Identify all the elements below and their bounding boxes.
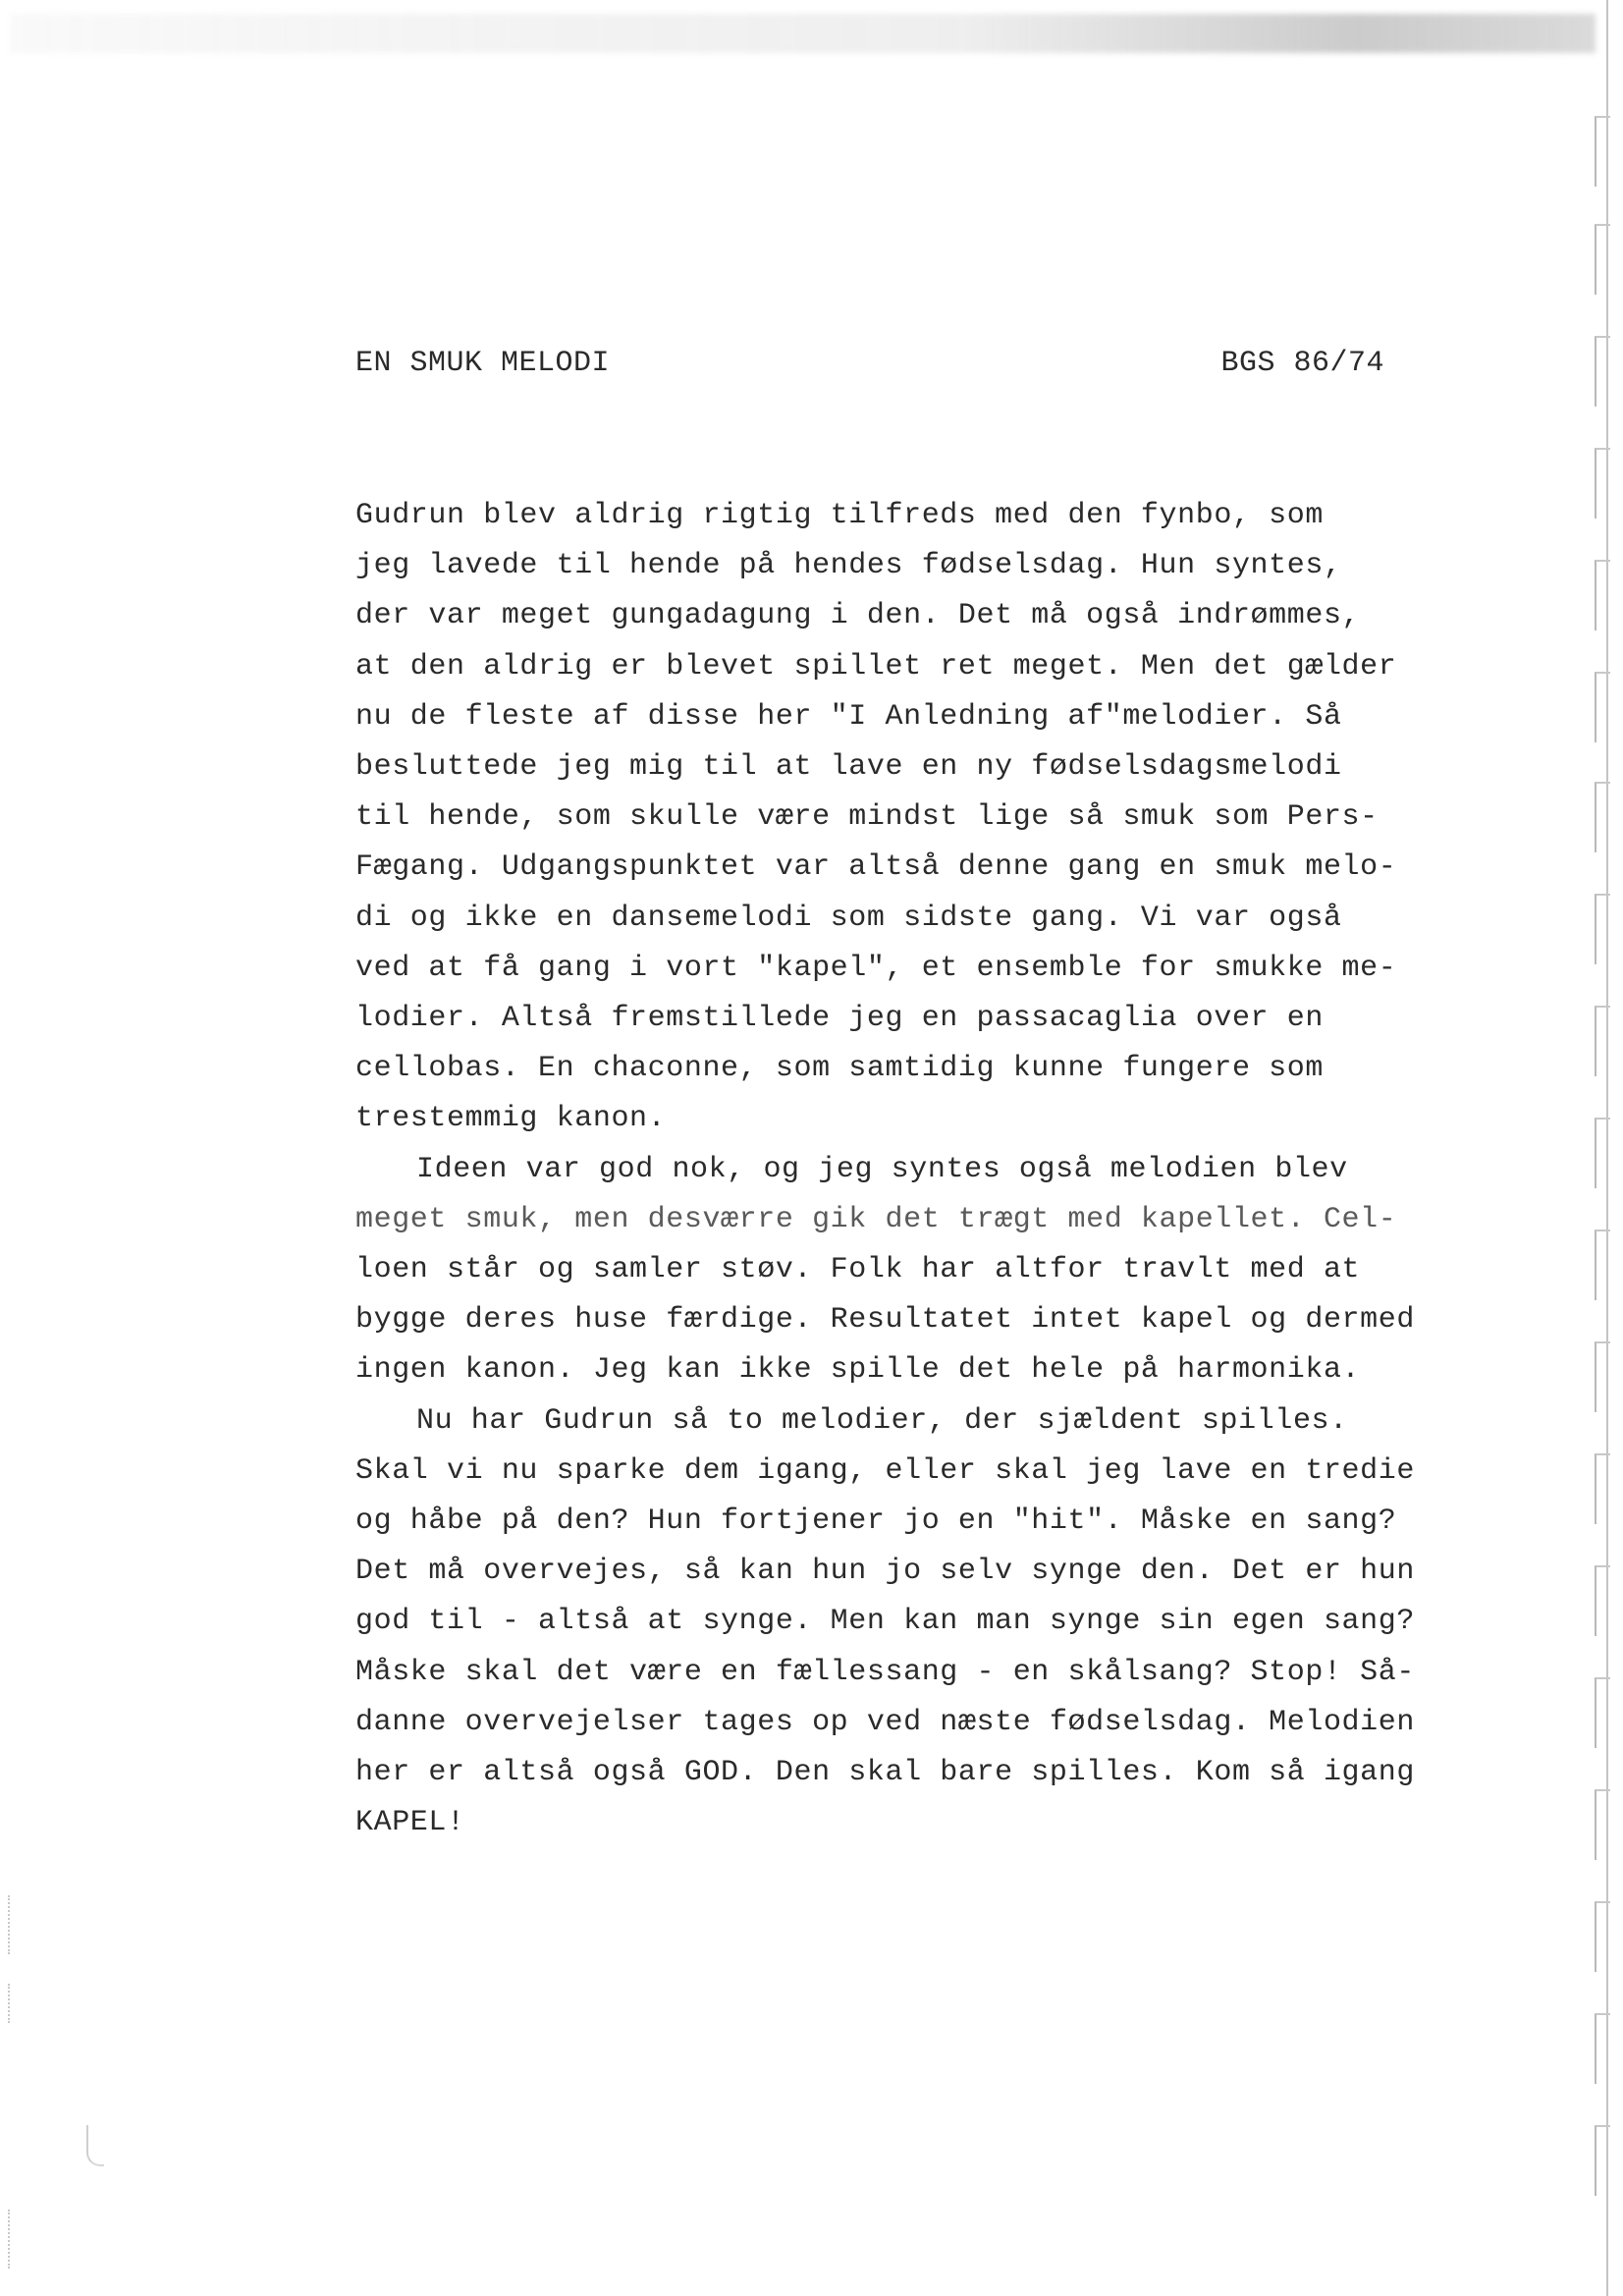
text-line: besluttede jeg mig til at lave en ny fød… <box>355 742 1534 793</box>
document-header: EN SMUK MELODI BGS 86/74 <box>355 346 1384 381</box>
text-line: Skal vi nu sparke dem igang, eller skal … <box>355 1447 1534 1497</box>
text-line: Gudrun blev aldrig rigtig tilfreds med d… <box>355 491 1534 541</box>
margin-bracket-mark <box>1595 1230 1610 1300</box>
paragraph: Nu har Gudrun så to melodier, der sjælde… <box>355 1396 1534 1849</box>
paragraph: Ideen var god nok, og jeg syntes også me… <box>355 1145 1534 1396</box>
document-page: EN SMUK MELODI BGS 86/74 Gudrun blev ald… <box>355 346 1534 1848</box>
text-line: nu de fleste af disse her "I Anledning a… <box>355 692 1534 742</box>
text-line: Nu har Gudrun så to melodier, der sjælde… <box>355 1396 1534 1447</box>
text-line: her er altså også GOD. Den skal bare spi… <box>355 1748 1534 1798</box>
margin-bracket-mark <box>1595 1006 1610 1076</box>
scan-curve-mark <box>86 2125 104 2166</box>
scan-specks-left <box>8 1984 14 2023</box>
text-line: til hende, som skulle være mindst lige s… <box>355 793 1534 843</box>
document-title: EN SMUK MELODI <box>355 346 610 381</box>
margin-bracket-mark <box>1595 336 1610 407</box>
text-line: Det må overvejes, så kan hun jo selv syn… <box>355 1547 1534 1597</box>
text-line: bygge deres huse færdige. Resultatet int… <box>355 1295 1534 1345</box>
margin-bracket-mark <box>1595 1789 1610 1860</box>
margin-bracket-mark <box>1595 1453 1610 1524</box>
margin-bracket-mark <box>1595 1341 1610 1412</box>
text-line: danne overvejelser tages op ved næste fø… <box>355 1698 1534 1748</box>
margin-bracket-mark <box>1595 116 1610 187</box>
text-line: KAPEL! <box>355 1798 1534 1848</box>
paragraph: Gudrun blev aldrig rigtig tilfreds med d… <box>355 491 1534 1145</box>
text-line: Fægang. Udgangspunktet var altså denne g… <box>355 843 1534 893</box>
document-body: Gudrun blev aldrig rigtig tilfreds med d… <box>355 491 1534 1848</box>
margin-bracket-mark <box>1595 2125 1610 2196</box>
text-line: at den aldrig er blevet spillet ret mege… <box>355 642 1534 692</box>
document-reference: BGS 86/74 <box>1220 346 1384 381</box>
text-line: og håbe på den? Hun fortjener jo en "hit… <box>355 1497 1534 1547</box>
text-line: Måske skal det være en fællessang - en s… <box>355 1648 1534 1698</box>
text-line: der var meget gungadagung i den. Det må … <box>355 591 1534 641</box>
margin-bracket-mark <box>1595 224 1610 295</box>
text-line: ingen kanon. Jeg kan ikke spille det hel… <box>355 1345 1534 1395</box>
text-line: trestemmig kanon. <box>355 1094 1534 1144</box>
text-line: god til - altså at synge. Men kan man sy… <box>355 1597 1534 1647</box>
text-line: lodier. Altså fremstillede jeg en passac… <box>355 994 1534 1044</box>
text-line: di og ikke en dansemelodi som sidste gan… <box>355 894 1534 944</box>
scan-specks-left <box>8 1895 14 1954</box>
text-line: Ideen var god nok, og jeg syntes også me… <box>355 1145 1534 1195</box>
margin-bracket-mark <box>1595 448 1610 519</box>
margin-bracket-mark <box>1595 2013 1610 2084</box>
margin-bracket-mark <box>1595 1118 1610 1188</box>
text-line: loen står og samler støv. Folk har altfo… <box>355 1245 1534 1295</box>
margin-bracket-mark <box>1595 782 1610 852</box>
scan-noise-top <box>10 14 1596 53</box>
margin-bracket-mark <box>1595 1565 1610 1636</box>
text-line: meget smuk, men desværre gik det trægt m… <box>355 1195 1534 1245</box>
margin-bracket-mark <box>1595 894 1610 964</box>
scan-specks-left <box>8 2210 14 2269</box>
margin-bracket-mark <box>1595 1901 1610 1972</box>
margin-bracket-mark <box>1595 672 1610 742</box>
text-line: jeg lavede til hende på hendes fødselsda… <box>355 541 1534 591</box>
margin-bracket-mark <box>1595 560 1610 630</box>
margin-bracket-mark <box>1595 1677 1610 1748</box>
text-line: ved at få gang i vort "kapel", et ensemb… <box>355 944 1534 994</box>
text-line: cellobas. En chaconne, som samtidig kunn… <box>355 1044 1534 1094</box>
